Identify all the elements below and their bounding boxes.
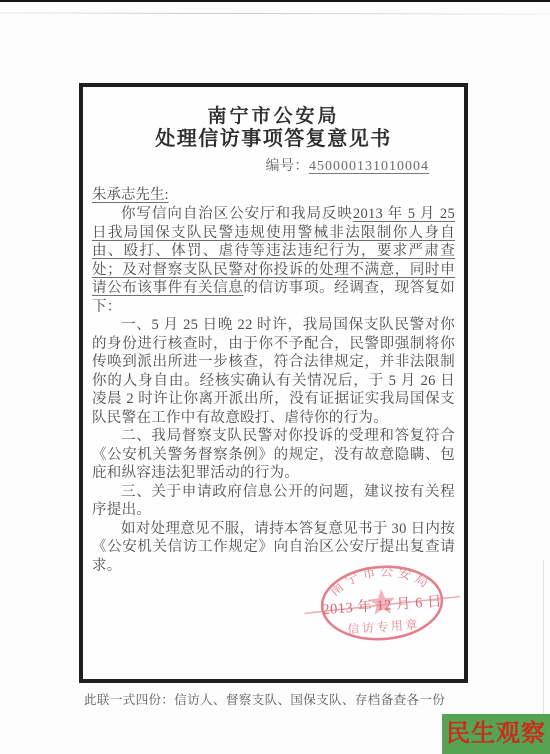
salutation: 朱承志先生: xyxy=(92,185,169,205)
watermark-text: 民生观察 xyxy=(446,721,546,747)
paragraph-intro-lead: 你写信向自治区公安厅和我局反映 xyxy=(121,206,353,222)
doc-number-value: 450000131010004 xyxy=(309,159,429,174)
scan-artifact-fold-line xyxy=(0,12,550,14)
doc-number-line: 编号：450000131010004 xyxy=(92,158,455,176)
page-title: 南宁市公安局 xyxy=(92,106,455,128)
paragraph-intro: 你写信向自治区公安厅和我局反映2013 年 5 月 25 日我局国保支队民警违规… xyxy=(92,205,455,316)
letter-body: 你写信向自治区公安厅和我局反映2013 年 5 月 25 日我局国保支队民警违规… xyxy=(92,205,455,575)
footer-note: 此联一式四份：信访人、督察支队、国保支队、存档备查各一份 xyxy=(84,690,514,708)
paragraph-item-1: 一、5 月 25 日晚 22 时许，我局国保支队民警对你的身份进行核查时，由于你… xyxy=(92,316,455,427)
official-seal: 南宁市公安局 2013 年 12 月 6 日 信访专用章 xyxy=(290,542,473,664)
doc-subtitle: 处理信访事项答复意见书 xyxy=(92,128,455,151)
watermark-badge: 民生观察 xyxy=(442,714,550,754)
scan-artifact-top-strip xyxy=(0,0,550,2)
doc-number-label: 编号： xyxy=(266,159,310,174)
paragraph-item-3: 三、关于申请政府信息公开的问题，建议按有关程序提出。 xyxy=(92,483,455,520)
paragraph-item-2: 二、我局督察支队民警对你投诉的受理和答复符合《公安机关警务督察条例》的规定，没有… xyxy=(92,427,455,483)
